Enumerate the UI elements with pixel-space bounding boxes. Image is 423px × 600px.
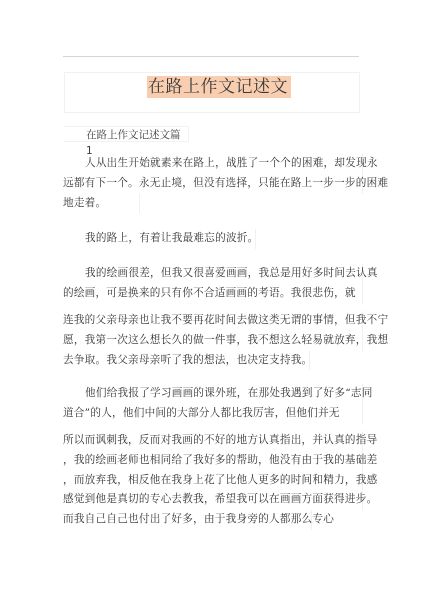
text-line: 远都有下一个。永无止境，但没有选择，只能在路上一步一步的困难 [63,174,363,194]
paragraph-6: 所以而讽刺我，反而对我画的不好的地方认真指出，并认真的指导 ，我的绘画老师也相同… [63,431,363,530]
paragraph-2: 我的路上，有着让我最难忘的波折。 [63,229,363,249]
text-line: 连我的父亲母亲也让我不要再花时间去做这类无谓的事情，但我不宁 [63,311,363,331]
text-line: 我的绘画很差，但我又很喜爱画画，我总是用好多时间去认真 [63,264,363,284]
paragraph-5: 他们给我报了学习画画的课外班，在那处我遇到了好多“志同 道合”的人，他们中间的大… [63,384,363,424]
paragraph-3: 我的绘画很差，但我又很喜爱画画，我总是用好多时间去认真 的绘画，可是换来的只有你… [63,264,363,304]
text-line: 所以而讽刺我，反而对我画的不好的地方认真指出，并认真的指导 [63,431,363,451]
text-line: 他们给我报了学习画画的课外班，在那处我遇到了好多“志同 [63,384,363,404]
text-line: 愿，我第一次这么想长久的做一件事，我不想这么轻易就放弃，我想 [63,331,363,351]
text-line: 道合”的人，他们中间的大部分人都比我厉害，但他们并无 [63,404,363,424]
paragraph-1: 人从出生开始就素来在路上，战胜了一个个的困难，却发现永 远都有下一个。永无止境，… [63,154,363,213]
text-line: 的绘画，可是换来的只有你不合适画画的考语。我很悲伤，就 [63,284,363,304]
section-heading: 在路上作文记述文篇 1 [64,126,189,142]
paragraph-4: 连我的父亲母亲也让我不要再花时间去做这类无谓的事情，但我不宁 愿，我第一次这么想… [63,311,363,370]
top-divider [63,56,359,57]
text-line: ，而放弃我，相反他在我身上花了比他人更多的时间和精力，我感 [63,471,363,491]
text-line: 我的路上，有着让我最难忘的波折。 [63,229,256,249]
text-line: 而我自己自己也付出了好多，由于我身旁的人都那么专心 [63,510,312,530]
text-line: 感觉到他是真切的专心去教我，希望我可以在画画方面获得进步。 [63,490,363,510]
text-line: 去争取。我父亲母亲听了我的想法，也决定支持我。 [63,351,310,371]
document-title: 在路上作文记述文 [147,76,291,98]
text-line: ，我的绘画老师也相同给了我好多的帮助，他没有由于我的基础差 [63,451,363,471]
text-line: 地走着。 [63,194,140,214]
text-line: 人从出生开始就素来在路上，战胜了一个个的困难，却发现永 [63,154,363,174]
